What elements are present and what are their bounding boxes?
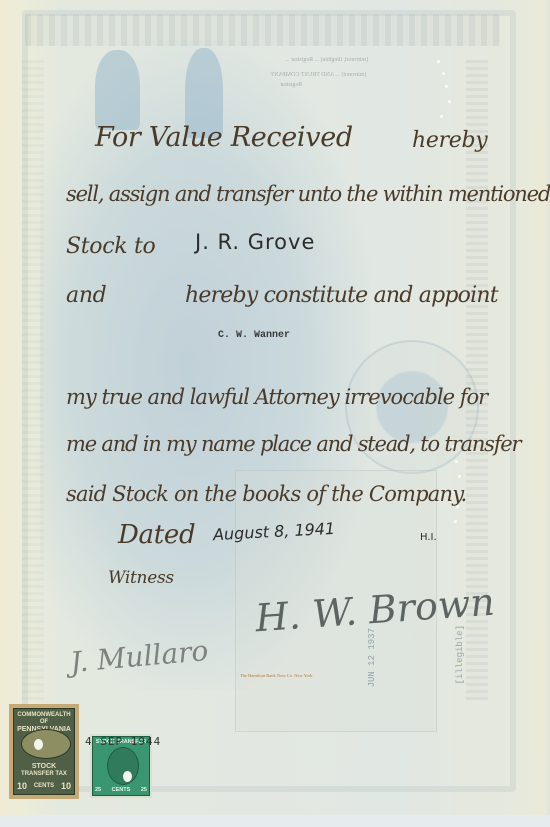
form-for-value-received: For Value Received bbox=[95, 122, 353, 153]
form-true-lawful-attorney: my true and lawful Attorney irrevocable … bbox=[66, 385, 487, 409]
form-hereby: hereby bbox=[412, 128, 487, 153]
form-said-stock: said Stock on the books of the Company. bbox=[66, 482, 466, 506]
form-witness-label: Witness bbox=[108, 568, 174, 588]
form-dated-label: Dated bbox=[118, 520, 195, 550]
pennsylvania-tax-stamp: COMMONWEALTH OF PENNSYLVANIA STOCK TRANS… bbox=[9, 704, 79, 799]
bleed-through-column-left bbox=[22, 60, 44, 700]
form-and: and bbox=[66, 283, 106, 308]
initials: H.I. bbox=[420, 532, 437, 543]
transferee-name: J. R. Grove bbox=[195, 230, 315, 254]
certificate-paper: [mirrored, illegible] ... Registrar ... … bbox=[0, 0, 550, 815]
scan-edge bbox=[0, 815, 550, 827]
bleed-through-ornament-left bbox=[95, 50, 140, 130]
bleed-text-header-1: [mirrored, illegible] ... Registrar ... bbox=[285, 57, 368, 63]
form-hereby-constitute: hereby constitute and appoint bbox=[185, 283, 498, 308]
punch-hole bbox=[34, 739, 43, 750]
vertical-stamp-2: [illegible] bbox=[455, 625, 465, 684]
form-sell-assign-transfer: sell, assign and transfer unto the withi… bbox=[66, 182, 550, 206]
form-me-and-in-my-name: me and in my name place and stead, to tr… bbox=[66, 432, 520, 456]
coat-of-arms-icon bbox=[21, 729, 71, 759]
form-stock-to: Stock to bbox=[66, 234, 156, 259]
vertical-date-stamp: JUN 12 1937 bbox=[367, 628, 377, 687]
attorney-name: C. W. Wanner bbox=[218, 330, 290, 341]
punch-hole bbox=[123, 771, 132, 782]
cancellation-mark: 4 SEP 1944 bbox=[85, 735, 161, 748]
bleed-text-header-3: Registrar bbox=[280, 82, 302, 88]
bleed-text-header-2: [mirrored] ... AND TRUST COMPANY bbox=[270, 72, 366, 78]
printer-imprint: The Hamilton Bank Note Co. New York bbox=[240, 673, 313, 678]
